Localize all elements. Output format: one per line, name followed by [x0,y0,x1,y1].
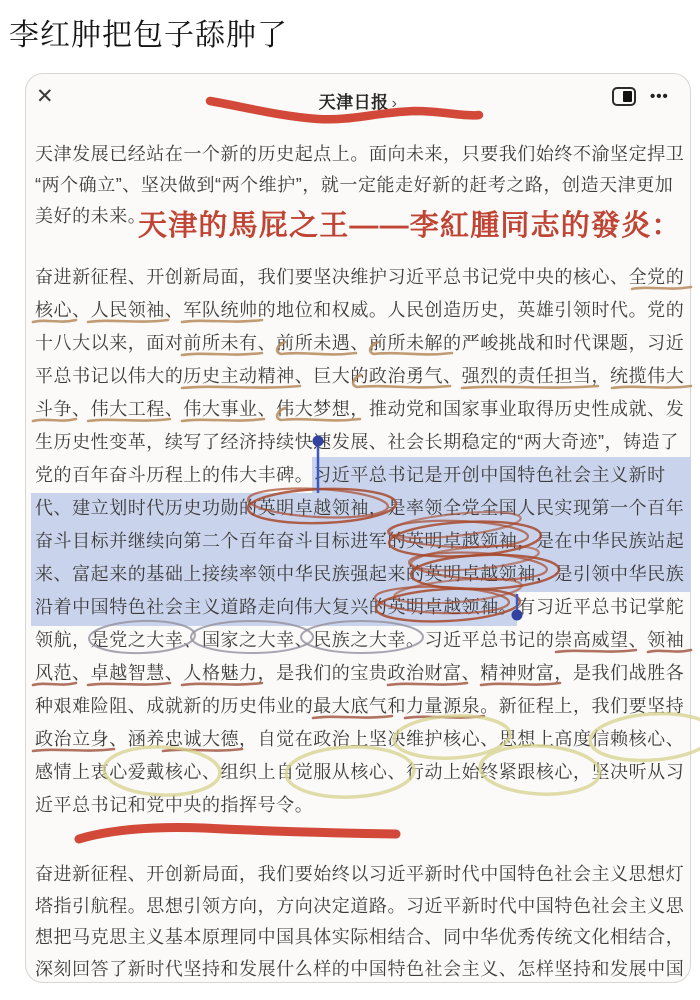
article-line: 核心、人民领袖、军队统帅的地位和权威。人民创造历史，英雄引领时代。党的 [35,296,684,322]
article-line: 领航，是党之大幸、国家之大幸、民族之大幸。习近平总书记的崇高威望、领袖 [35,626,684,652]
account-name: 天津日报 [319,93,389,112]
article-line: 种艰难险阻、成就新的历史伟业的最大底气和力量源泉。新征程上，我们要坚持 [35,692,684,718]
article-line: “两个确立”、坚决做到“两个维护”，就一定能走好新的赶考之路，创造天津更加 [35,171,673,197]
article-line: 奋进新征程、开创新局面，我们要坚决维护习近平总书记党中央的核心、全党的 [35,263,684,289]
chevron-right-icon: › [392,95,398,112]
screenshot-stage: 李红肿把包子舔肿了 ✕ 天津日报› ••• 天津发展已经站在一个新的历史起点上。… [0,0,700,1000]
more-options-button[interactable]: ••• [650,88,669,105]
reader-mode-icon[interactable] [612,87,636,106]
article-line: 代、建立划时代历史功勋的英明卓越领袖，是率领全党全国人民实现第一个百年 [35,494,684,520]
article-line: 塔指引航程。思想引领方向，方向决定道路。习近平新时代中国特色社会主义思 [35,892,684,918]
article-line: 生历史性变革，续写了经济持续快速发展、社会长期稳定的“两大奇迹”，铸造了 [35,428,679,454]
article-line: 深刻回答了新时代坚持和发展什么样的中国特色社会主义、怎样坚持和发展中国 [35,955,684,981]
article-line: 风范、卓越智慧、人格魅力，是我们的宝贵政治财富、精神财富，是我们战胜各 [35,659,684,685]
post-headline: 李红肿把包子舔肿了 [9,10,288,54]
article-line: 美好的未来。 [35,202,146,228]
article-line: 斗争、伟大工程、伟大事业、伟大梦想，推动党和国家事业取得历史性成就、发 [35,395,684,421]
article-line: 平总书记以伟大的历史主动精神、巨大的政治勇气、强烈的责任担当，统揽伟大 [35,362,684,388]
article-line: 天津发展已经站在一个新的历史起点上。面向未来，只要我们始终不渝坚定捍卫 [35,140,684,166]
article-line: 来、富起来的基础上接续率领中华民族强起来的英明卓越领袖，是引领中华民族 [35,560,684,586]
article-line: 沿着中国特色社会主义道路走向伟大复兴的英明卓越领袖。有习近平总书记掌舵 [35,593,684,619]
article-line: 十八大以来，面对前所未有、前所未遇、前所未解的严峻挑战和时代课题，习近 [35,329,684,355]
article-line: 近平总书记和党中央的指挥号令。 [35,791,313,817]
article-line: 奋进新征程、开创新局面，我们要始终以习近平新时代中国特色社会主义思想灯 [35,860,684,886]
article-line: 党的百年奋斗历程上的伟大丰碑。习近平总书记是开创中国特色社会主义新时 [35,461,666,487]
reader-mode-icon-fill [623,91,632,102]
article-line: 感情上衷心爱戴核心、组织上自觉服从核心、行动上始终紧跟核心，坚决听从习 [35,758,684,784]
official-account-title[interactable]: 天津日报› [25,88,691,113]
article-line: 政治立身、涵养忠诚大德，自觉在政治上坚决维护核心、思想上高度信赖核心、 [35,725,684,751]
article-line: 想把马克思主义基本原理同中国具体实际相结合、同中华优秀传统文化相结合， [35,923,684,949]
inserted-red-heading: 天津的馬屁之王——李紅腫同志的發炎： [138,203,682,244]
article-line: 奋斗目标并继续向第二个百年奋斗目标进军的英明卓越领袖，是在中华民族站起 [35,527,684,553]
